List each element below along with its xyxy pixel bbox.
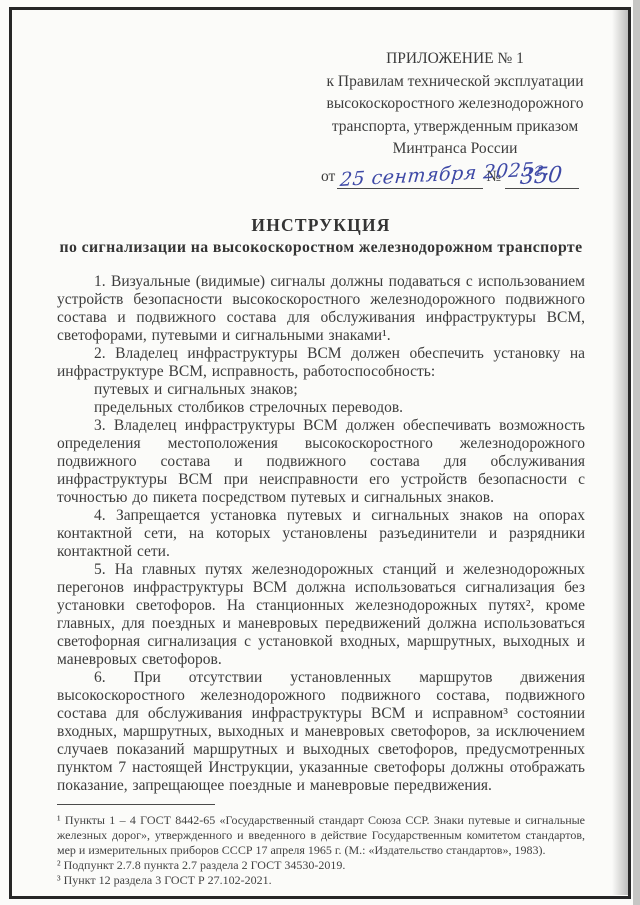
document-subtitle: по сигнализации на высокоскоростном желе…: [57, 239, 585, 257]
page-content: ПРИЛОЖЕНИЕ № 1 к Правилам технической эк…: [57, 48, 585, 888]
from-label: от: [321, 166, 335, 189]
scan-edge-right: [633, 0, 640, 905]
paragraph-2: 2. Владелец инфраструктуры ВСМ должен об…: [57, 345, 585, 381]
paragraph-3: 3. Владелец инфраструктуры ВСМ должен об…: [57, 417, 585, 507]
paragraph-2-list-item-1: путевых и сигнальных знаков;: [57, 381, 585, 399]
footnote-2: ² Подпункт 2.7.8 пункта 2.7 раздела 2 ГО…: [57, 858, 585, 873]
handwritten-number: 350: [519, 165, 563, 190]
paragraph-2-list-item-2: предельных столбиков стрелочных переводо…: [57, 399, 585, 417]
number-underline: 350: [505, 168, 579, 189]
paragraph-4: 4. Запрещается установка путевых и сигна…: [57, 507, 585, 561]
header-line-transport: транспорта, утвержденным приказом: [319, 116, 591, 139]
header-line-appendix: ПРИЛОЖЕНИЕ № 1: [319, 48, 591, 71]
scanned-document-page: ПРИЛОЖЕНИЕ № 1 к Правилам технической эк…: [0, 0, 640, 905]
paragraph-5: 5. На главных путях железнодорожных стан…: [57, 561, 585, 669]
paragraph-6: 6. При отсутствии установленных маршруто…: [57, 669, 585, 795]
footnote-3: ³ Пункт 12 раздела 3 ГОСТ Р 27.102-2021.: [57, 873, 585, 888]
paragraph-1: 1. Визуальные (видимые) сигналы должны п…: [57, 273, 585, 345]
footnote-1: ¹ Пункты 1 – 4 ГОСТ 8442-65 «Государстве…: [57, 813, 585, 858]
approval-header-block: ПРИЛОЖЕНИЕ № 1 к Правилам технической эк…: [319, 48, 591, 189]
date-underline: 25 сентября 2025г.: [337, 168, 483, 189]
footnotes-block: ¹ Пункты 1 – 4 ГОСТ 8442-65 «Государстве…: [57, 813, 585, 888]
header-line-highspeed: высокоскоростного железнодорожного: [319, 93, 591, 116]
approval-date-number-line: от 25 сентября 2025г. № 350: [319, 163, 591, 189]
scan-shadow-right: [612, 10, 628, 895]
header-line-rules: к Правилам технической эксплуатации: [319, 71, 591, 94]
document-body: 1. Визуальные (видимые) сигналы должны п…: [57, 273, 585, 795]
document-title: ИНСТРУКЦИЯ: [57, 215, 585, 236]
footnote-separator: [57, 804, 215, 805]
